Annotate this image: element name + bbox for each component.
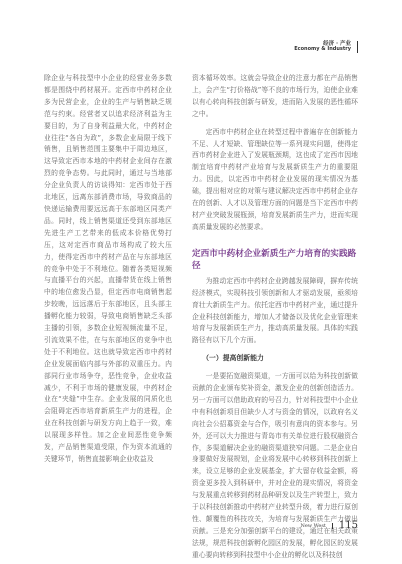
subsection-paragraph: 一是要拓宽融资渠道，一方面可以给为科技创新做贡献的企业颁布奖补资金，激发企业的创… xyxy=(192,371,358,562)
left-column: 除企业与科技型中小企业的经营业务多数都是围绕中药材展开。定西市中药材企业多为民营… xyxy=(44,73,172,466)
section-name-en: Economy & Industry xyxy=(294,47,351,53)
body-paragraph: 定西市中药材企业在转型过程中普遍存在创新能力不足、人才短缺、管理缺位等一系列现实… xyxy=(192,127,358,234)
magazine-name: New West xyxy=(300,523,332,529)
page-number: 115 xyxy=(333,520,358,531)
subsection-heading: （一）提高创新能力 xyxy=(202,353,358,365)
body-paragraph: 除企业与科技型中小企业的经营业务多数都是围绕中药材展开。定西市中药材企业多为民营… xyxy=(44,73,172,466)
body-paragraph: 资本循环效率。这就会导致企业的注意力都在产品销售上，会产生“打价格战”等不良的市… xyxy=(192,73,358,121)
page-footer: New West 115 xyxy=(300,520,358,531)
section-header: 经济 · 产业 Economy & Industry xyxy=(294,41,358,53)
right-column: 资本循环效率。这就会导致企业的注意力都在产品销售上，会产生“打价格战”等不良的市… xyxy=(192,73,358,562)
section-intro: 为推动定西市中药材企业跨越发展障碍，摒弃传统经济模式，实现科技引领创新和人才驱动… xyxy=(192,276,358,347)
section-heading: 定西市中药材企业新质生产力培育的实践路径 xyxy=(192,248,358,272)
